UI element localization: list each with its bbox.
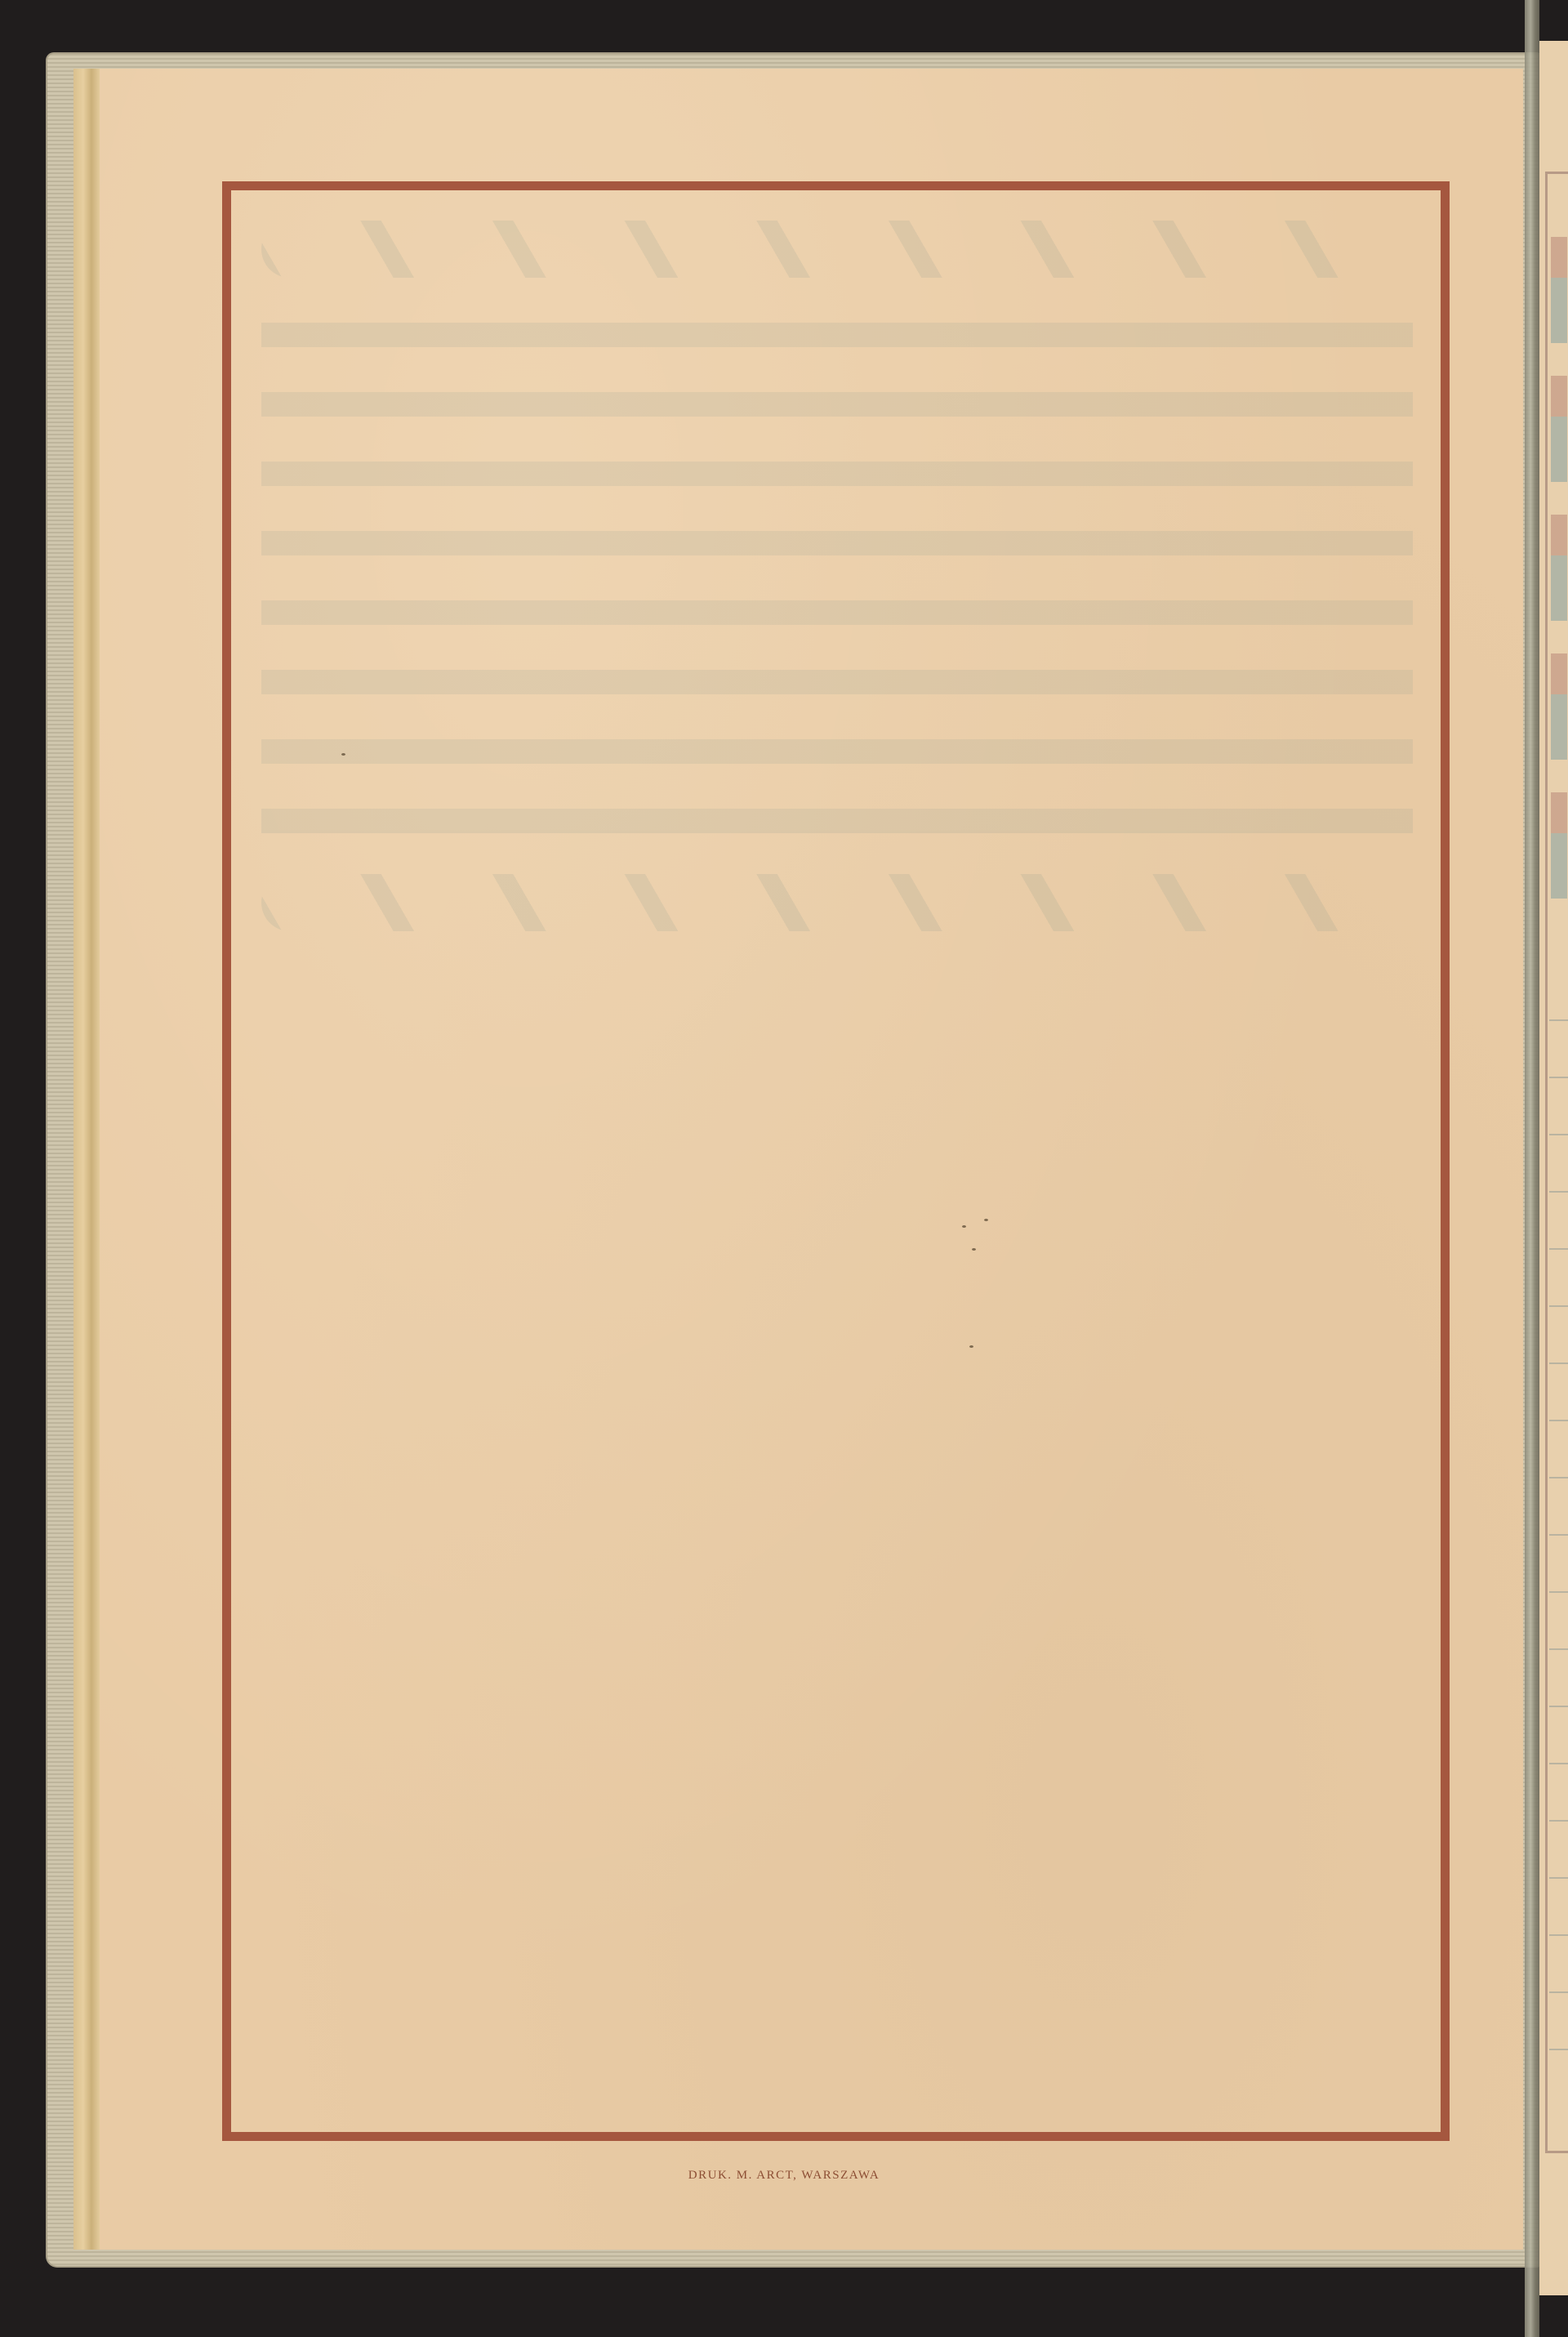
facing-page-edge — [1539, 41, 1568, 2295]
facing-page-handwriting — [1549, 980, 1568, 2083]
paper-speck — [984, 1219, 988, 1221]
book-gutter — [1525, 0, 1539, 2337]
paper-speck — [962, 1225, 966, 1228]
printer-imprint: DRUK. M. ARCT, WARSZAWA — [0, 2169, 1568, 2183]
paper-speck — [969, 1345, 973, 1348]
decorative-frame — [222, 181, 1450, 2141]
paper-speck — [341, 753, 345, 756]
facing-page-ornament — [1551, 229, 1567, 899]
paper-speck — [972, 1248, 976, 1251]
